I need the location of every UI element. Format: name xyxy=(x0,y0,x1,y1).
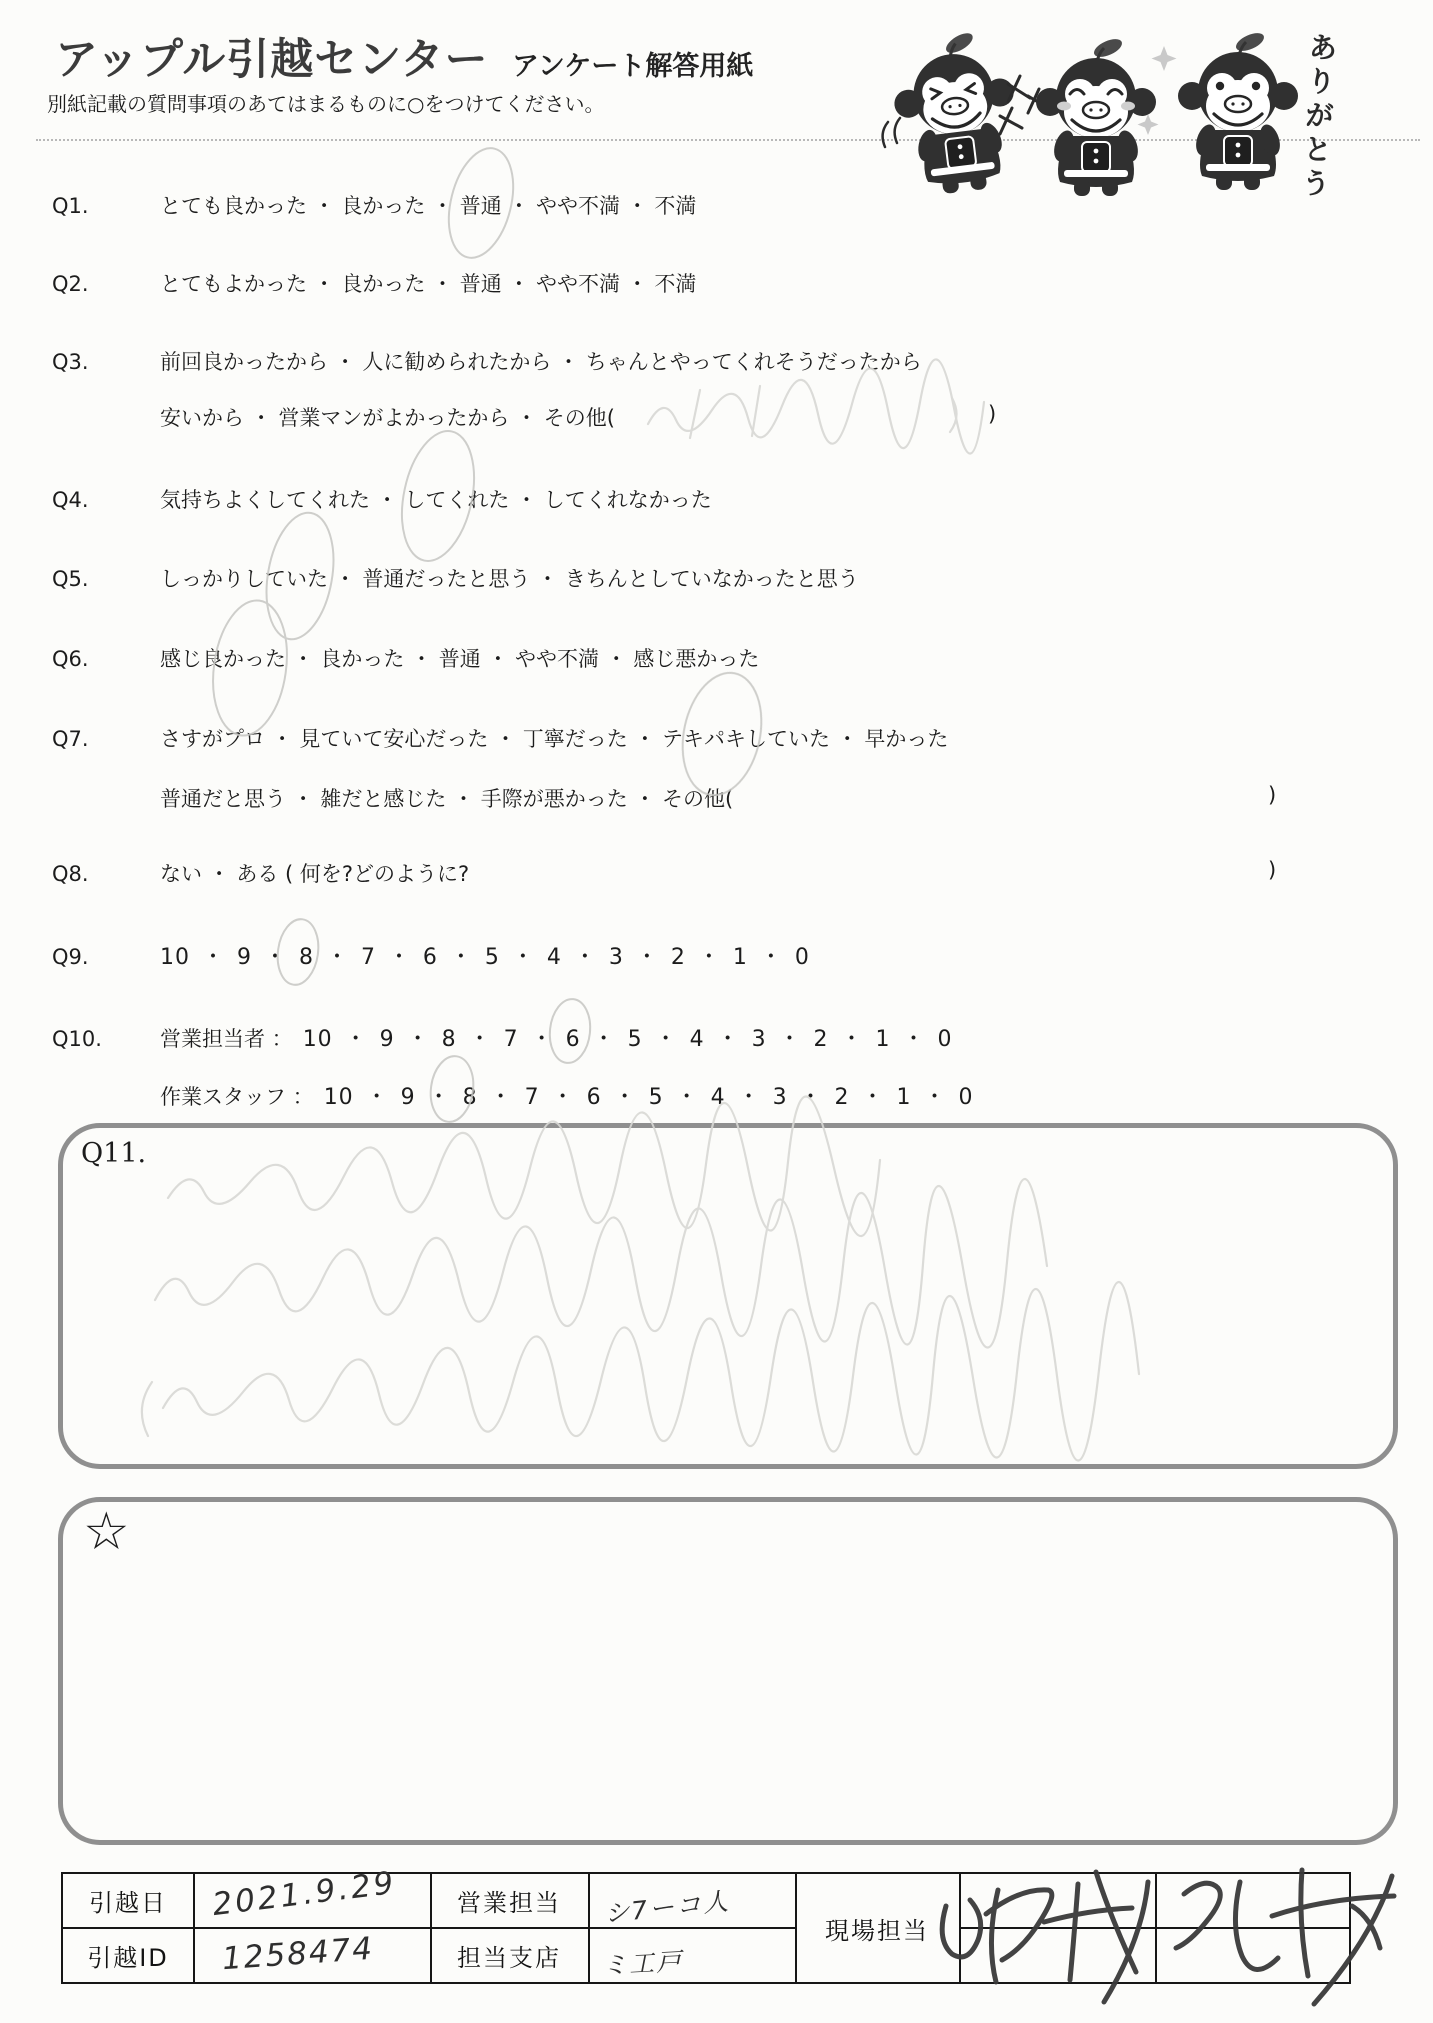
company-logo-title: アップル引越センター xyxy=(55,26,489,87)
question-q7-options-line1: さすがプロ ・ 見ていて安心だった ・ 丁寧だった ・ テキパキしていた ・ 早… xyxy=(160,727,948,751)
monkey-mascots-illustration xyxy=(880,26,1310,196)
question-q8-number: Q8. xyxy=(52,862,160,886)
question-q1-number: Q1. xyxy=(52,194,160,218)
question-q5-number: Q5. xyxy=(52,567,160,591)
question-q2-options: とてもよかった ・ 良かった ・ 普通 ・ やや不満 ・ 不満 xyxy=(160,272,696,296)
thanks-vertical-text: ありがとう xyxy=(1294,31,1344,203)
monkey-mascot-1 xyxy=(886,26,1025,196)
monkey-mascot-2 xyxy=(1036,36,1156,196)
question-q7: Q7.さすがプロ ・ 見ていて安心だった ・ 丁寧だった ・ テキパキしていた … xyxy=(52,723,948,753)
question-q10-row-staff: 作業スタッフ ：10 ・ 9 ・ 8 ・ 7 ・ 6 ・ 5 ・ 4 ・ 3 ・… xyxy=(160,1080,974,1111)
sheet-subtitle: アンケート解答用紙 xyxy=(512,44,753,83)
question-q9-scale: 10 ・ 9 ・ 8 ・ 7 ・ 6 ・ 5 ・ 4 ・ 3 ・ 2 ・ 1 ・… xyxy=(160,945,810,970)
table-grid-line xyxy=(959,1927,1349,1929)
question-q8-close-paren: ) xyxy=(1268,858,1276,882)
q10-sales-scale: 10 ・ 9 ・ 8 ・ 7 ・ 6 ・ 5 ・ 4 ・ 3 ・ 2 ・ 1 ・… xyxy=(303,1027,953,1052)
question-q7-number: Q7. xyxy=(52,727,160,751)
question-q6-number: Q6. xyxy=(52,647,160,671)
question-q1-options: とても良かった ・ 良かった ・ 普通 ・ やや不満 ・ 不満 xyxy=(160,194,696,218)
question-q3-number: Q3. xyxy=(52,350,160,374)
q10-staff-scale: 10 ・ 9 ・ 8 ・ 7 ・ 6 ・ 5 ・ 4 ・ 3 ・ 2 ・ 1 ・… xyxy=(324,1085,974,1110)
question-q3-line2: 安いから ・ 営業マンがよかったから ・ その他( xyxy=(160,402,615,432)
question-q8: Q8.ない ・ ある ( 何を?どのように? xyxy=(52,858,469,888)
question-q9-number: Q9. xyxy=(52,945,160,969)
question-q11-number: Q11. xyxy=(81,1138,146,1169)
question-q6: Q6.感じ良かった ・ 良かった ・ 普通 ・ やや不満 ・ 感じ悪かった xyxy=(52,643,759,673)
move-id-label: 引越ID xyxy=(63,1929,193,1982)
question-q3-close-paren: ) xyxy=(988,402,996,426)
instruction-text: 別紙記載の質問事項のあてはまるものに○をつけてください。 xyxy=(47,88,604,117)
star-icon: ☆ xyxy=(83,1502,130,1562)
question-q4: Q4.気持ちよくしてくれた ・ してくれた ・ してくれなかった xyxy=(52,484,712,514)
move-date-label: 引越日 xyxy=(63,1874,193,1927)
star-comment-box: ☆ xyxy=(58,1497,1398,1845)
branch-handwriting: ミ工戸 xyxy=(601,1942,684,1982)
question-q3-options-line2: 安いから ・ 営業マンがよかったから ・ その他( xyxy=(160,406,615,430)
question-q10-row-sales: Q10.営業担当者 ：10 ・ 9 ・ 8 ・ 7 ・ 6 ・ 5 ・ 4 ・ … xyxy=(52,1022,953,1053)
question-q8-options: ない ・ ある ( 何を?どのように? xyxy=(160,862,469,886)
survey-form-scan: アップル引越センター アンケート解答用紙 別紙記載の質問事項のあてはまるものに○… xyxy=(0,0,1433,2023)
q11-comment-box: Q11. xyxy=(58,1123,1398,1469)
question-q2: Q2.とてもよかった ・ 良かった ・ 普通 ・ やや不満 ・ 不満 xyxy=(52,268,696,298)
question-q4-options: 気持ちよくしてくれた ・ してくれた ・ してくれなかった xyxy=(160,488,712,512)
question-q7-close-paren: ) xyxy=(1268,783,1276,807)
question-q7-line2: 普通だと思う ・ 雑だと感じた ・ 手際が悪かった ・ その他( xyxy=(160,783,733,813)
question-q4-number: Q4. xyxy=(52,488,160,512)
question-q6-options: 感じ良かった ・ 良かった ・ 普通 ・ やや不満 ・ 感じ悪かった xyxy=(160,647,759,671)
question-q3: Q3.前回良かったから ・ 人に勧められたから ・ ちゃんとやってくれそうだった… xyxy=(52,346,922,376)
field-manager-label: 現場担当 xyxy=(795,1874,959,1982)
monkey-motion-lines xyxy=(883,118,900,147)
question-q7-options-line2: 普通だと思う ・ 雑だと感じた ・ 手際が悪かった ・ その他( xyxy=(160,787,733,811)
sales-rep-label: 営業担当 xyxy=(430,1874,588,1927)
branch-label: 担当支店 xyxy=(430,1929,588,1982)
question-q2-number: Q2. xyxy=(52,272,160,296)
q3-other-handwriting xyxy=(690,386,957,438)
question-q5: Q5.しっかりしていた ・ 普通だったと思う ・ きちんとしていなかったと思う xyxy=(52,563,859,593)
question-q5-options: しっかりしていた ・ 普通だったと思う ・ きちんとしていなかったと思う xyxy=(160,567,859,591)
question-q1: Q1.とても良かった ・ 良かった ・ 普通 ・ やや不満 ・ 不満 xyxy=(52,190,696,220)
question-q10-number: Q10. xyxy=(52,1027,160,1051)
q10-staff-label: 作業スタッフ ： xyxy=(160,1085,314,1109)
question-q9: Q9.10 ・ 9 ・ 8 ・ 7 ・ 6 ・ 5 ・ 4 ・ 3 ・ 2 ・ … xyxy=(52,940,810,971)
monkey-mascot-3 xyxy=(1178,30,1298,190)
q10-sales-label: 営業担当者 ： xyxy=(160,1027,293,1051)
question-q3-options-line1: 前回良かったから ・ 人に勧められたから ・ ちゃんとやってくれそうだったから xyxy=(160,350,922,374)
